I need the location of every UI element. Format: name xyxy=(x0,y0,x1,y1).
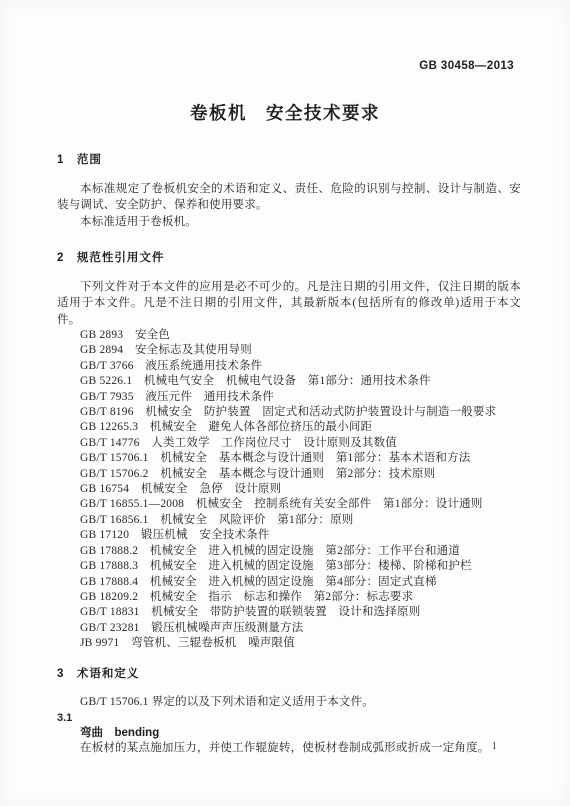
reference-item: GB 17888.3 机械安全 进入机械的固定设施 第3部分：楼梯、阶梯和护栏 xyxy=(80,559,521,574)
reference-item: GB 17888.4 机械安全 进入机械的固定设施 第4部分：固定式直梯 xyxy=(80,575,521,590)
reference-item: GB/T 14776 人类工效学 工作岗位尺寸 设计原则及其数值 xyxy=(80,436,521,451)
reference-item: GB/T 15706.1 机械安全 基本概念与设计通则 第1部分：基本术语和方法 xyxy=(80,451,521,466)
reference-item: GB/T 16855.1—2008 机械安全 控制系统有关安全部件 第1部分：设… xyxy=(80,497,521,512)
reference-item: GB 5226.1 机械电气安全 机械电气设备 第1部分：通用技术条件 xyxy=(80,374,521,389)
section-1-paragraph-1: 本标准规定了卷板机安全的术语和定义、责任、危险的识别与控制、设计与制造、安装与调… xyxy=(57,181,521,214)
reference-item: GB 18209.2 机械安全 指示 标志和操作 第2部分：标志要求 xyxy=(80,590,521,605)
section-3-heading: 3 术语和定义 xyxy=(57,666,521,683)
document-body: 1 范围 本标准规定了卷板机安全的术语和定义、责任、危险的识别与控制、设计与制造… xyxy=(57,152,521,756)
reference-item: GB/T 16856.1 机械安全 风险评价 第1部分：原则 xyxy=(80,513,521,528)
reference-item: GB/T 8196 机械安全 防护装置 固定式和活动式防护装置设计与制造一般要求 xyxy=(80,405,521,420)
references-list: GB 2893 安全色GB 2894 安全标志及其使用导则GB/T 3766 液… xyxy=(57,328,521,652)
reference-item: GB 2894 安全标志及其使用导则 xyxy=(80,343,521,358)
reference-item: JB 9971 弯管机、三辊卷板机 噪声限值 xyxy=(80,636,521,651)
section-1-heading: 1 范围 xyxy=(57,152,521,169)
reference-item: GB/T 23281 锻压机械噪声声压级测量方法 xyxy=(80,621,521,636)
document-title: 卷板机 安全技术要求 xyxy=(0,100,570,125)
section-1-paragraph-2: 本标准适用于卷板机。 xyxy=(57,214,521,231)
section-2-heading: 2 规范性引用文件 xyxy=(57,250,521,267)
reference-item: GB 2893 安全色 xyxy=(80,328,521,343)
term-number: 3.1 xyxy=(57,711,521,726)
term-definition: 在板材的某点施加压力，并使工作辊旋转，使板材卷制成弧形或折成一定角度。 xyxy=(57,741,521,756)
document-page: GB 30458—2013 卷板机 安全技术要求 1 范围 本标准规定了卷板机安… xyxy=(0,0,570,806)
term-name: 弯曲 bending xyxy=(57,726,521,741)
section-3-intro: GB/T 15706.1 界定的以及下列术语和定义适用于本文件。 xyxy=(57,694,521,711)
page-number: 1 xyxy=(492,740,498,752)
section-2-intro: 下列文件对于本文件的应用是必不可少的。凡是注日期的引用文件，仅注日期的版本适用于… xyxy=(57,279,521,329)
reference-item: GB/T 3766 液压系统通用技术条件 xyxy=(80,359,521,374)
reference-item: GB 12265.3 机械安全 避免人体各部位挤压的最小间距 xyxy=(80,420,521,435)
reference-item: GB 17888.2 机械安全 进入机械的固定设施 第2部分：工作平台和通道 xyxy=(80,544,521,559)
reference-item: GB 17120 锻压机械 安全技术条件 xyxy=(80,528,521,543)
reference-item: GB/T 15706.2 机械安全 基本概念与设计通则 第2部分：技术原则 xyxy=(80,467,521,482)
standard-code: GB 30458—2013 xyxy=(419,60,514,72)
reference-item: GB/T 18831 机械安全 带防护装置的联锁装置 设计和选择原则 xyxy=(80,605,521,620)
reference-item: GB 16754 机械安全 急停 设计原则 xyxy=(80,482,521,497)
reference-item: GB/T 7935 液压元件 通用技术条件 xyxy=(80,390,521,405)
